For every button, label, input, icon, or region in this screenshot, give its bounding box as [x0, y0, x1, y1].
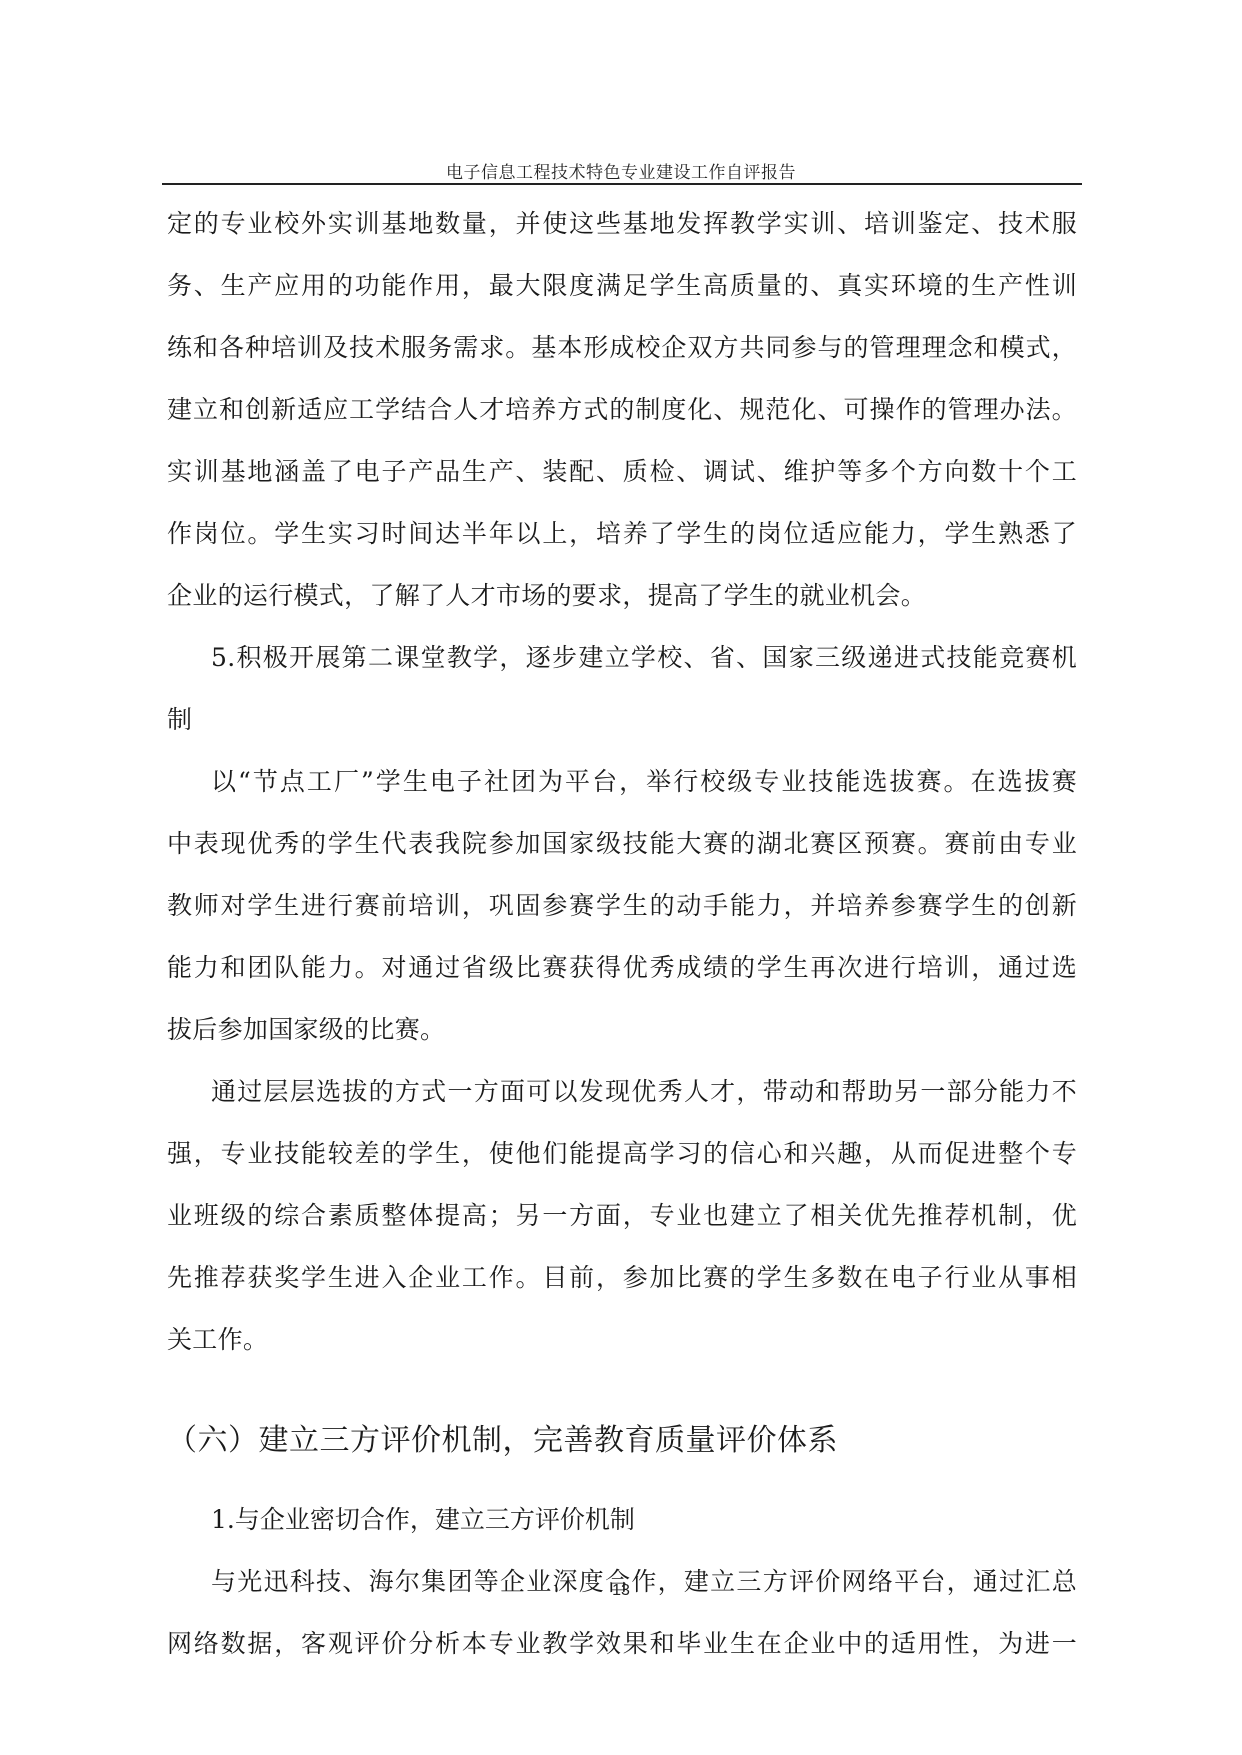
- text-line: 作岗位。学生实习时间达半年以上，培养了学生的岗位适应能力，学生熟悉了: [167, 503, 1077, 565]
- running-header: 电子信息工程技术特色专业建设工作自评报告: [160, 158, 1082, 183]
- text-line: 先推荐获奖学生进入企业工作。目前，参加比赛的学生多数在电子行业从事相: [167, 1247, 1077, 1309]
- page-number: 13: [0, 1582, 1242, 1600]
- text-line: 定的专业校外实训基地数量，并使这些基地发挥教学实训、培训鉴定、技术服: [167, 193, 1077, 255]
- text-line: 关工作。: [167, 1309, 1077, 1371]
- text-line: 以“节点工厂”学生电子社团为平台，举行校级专业技能选拔赛。在选拔赛: [167, 751, 1077, 813]
- text-line: 制: [167, 689, 1077, 751]
- text-line: 中表现优秀的学生代表我院参加国家级技能大赛的湖北赛区预赛。赛前由专业: [167, 813, 1077, 875]
- paragraph-selection: 通过层层选拔的方式一方面可以发现优秀人才，带动和帮助另一部分能力不 强，专业技能…: [167, 1061, 1077, 1371]
- section-6-heading: （六）建立三方评价机制，完善教育质量评价体系: [167, 1401, 1077, 1481]
- text-line: 能力和团队能力。对通过省级比赛获得优秀成绩的学生再次进行培训，通过选: [167, 937, 1077, 999]
- body-text: 定的专业校外实训基地数量，并使这些基地发挥教学实训、培训鉴定、技术服 务、生产应…: [167, 193, 1077, 1675]
- paragraph-evaluation: 与光迅科技、海尔集团等企业深度合作，建立三方评价网络平台，通过汇总 网络数据，客…: [167, 1551, 1077, 1675]
- item-1-heading: 1.与企业密切合作，建立三方评价机制: [167, 1489, 1077, 1551]
- text-line: 拔后参加国家级的比赛。: [167, 999, 1077, 1061]
- text-line: 业班级的综合素质整体提高；另一方面，专业也建立了相关优先推荐机制，优: [167, 1185, 1077, 1247]
- paragraph-practice-base: 定的专业校外实训基地数量，并使这些基地发挥教学实训、培训鉴定、技术服 务、生产应…: [167, 193, 1077, 627]
- text-line: 务、生产应用的功能作用，最大限度满足学生高质量的、真实环境的生产性训: [167, 255, 1077, 317]
- text-line: 5.积极开展第二课堂教学，逐步建立学校、省、国家三级递进式技能竞赛机: [167, 627, 1077, 689]
- document-page: 电子信息工程技术特色专业建设工作自评报告 定的专业校外实训基地数量，并使这些基地…: [0, 0, 1242, 1755]
- text-line: 实训基地涵盖了电子产品生产、装配、质检、调试、维护等多个方向数十个工: [167, 441, 1077, 503]
- paragraph-competition: 以“节点工厂”学生电子社团为平台，举行校级专业技能选拔赛。在选拔赛 中表现优秀的…: [167, 751, 1077, 1061]
- text-line: 练和各种培训及技术服务需求。基本形成校企双方共同参与的管理理念和模式，: [167, 317, 1077, 379]
- item-5-heading: 5.积极开展第二课堂教学，逐步建立学校、省、国家三级递进式技能竞赛机 制: [167, 627, 1077, 751]
- text-line: 建立和创新适应工学结合人才培养方式的制度化、规范化、可操作的管理办法。: [167, 379, 1077, 441]
- text-line: 企业的运行模式，了解了人才市场的要求，提高了学生的就业机会。: [167, 565, 1077, 627]
- text-line: 强，专业技能较差的学生，使他们能提高学习的信心和兴趣，从而促进整个专: [167, 1123, 1077, 1185]
- text-line: 通过层层选拔的方式一方面可以发现优秀人才，带动和帮助另一部分能力不: [167, 1061, 1077, 1123]
- text-line: 网络数据，客观评价分析本专业教学效果和毕业生在企业中的适用性，为进一: [167, 1613, 1077, 1675]
- text-line: 教师对学生进行赛前培训，巩固参赛学生的动手能力，并培养参赛学生的创新: [167, 875, 1077, 937]
- header-rule: [162, 183, 1082, 185]
